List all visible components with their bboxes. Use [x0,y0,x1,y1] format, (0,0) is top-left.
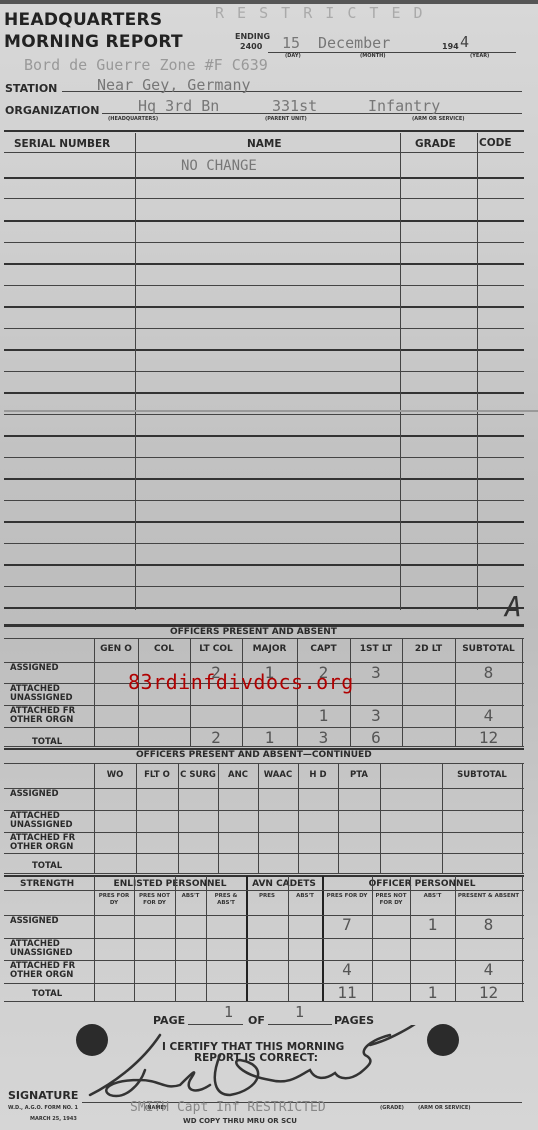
organization-parent: 331st [272,97,317,115]
fold-line [4,410,538,412]
title-morning-report: MORNING REPORT [4,32,183,52]
roster-rule [4,152,524,153]
restricted-stamp: R E S T R I C T E D [215,4,425,22]
strength-cell: 8 [455,915,522,934]
roster-rule [4,607,524,609]
roster-top-line [4,130,524,132]
roster-entry: NO CHANGE [181,158,257,174]
grid-row [4,810,524,811]
grid-row [4,960,524,961]
officers2-col-header: C SURG [178,770,218,780]
officers2-col-header: FLT O [136,770,178,780]
officers2-row-label: TOTAL [10,862,112,871]
officers-row-label: ATTACHED FR OTHER ORGN [10,707,90,725]
officers-cell: 3 [350,663,402,682]
grid-row [4,638,524,639]
officers-cell: 3 [297,728,350,747]
strength-subcol-header: PRES NOT FOR DY [372,893,410,907]
location-line: Bord de Guerre Zone #F C639 [24,56,268,74]
officers-cell: 4 [455,706,522,725]
strength-cell: 4 [322,960,372,979]
officers-continued-title: OFFICERS PRESENT AND ABSENT—CONTINUED [136,750,372,760]
col-grade: GRADE [415,138,456,150]
morning-report-document: HEADQUARTERS MORNING REPORT R E S T R I … [0,0,538,1130]
strength-subcol-header: PRES [246,893,288,900]
officers-col-header: 2D LT [402,644,455,654]
roster-col-divider [135,475,136,610]
ending-label: ENDING [235,32,270,41]
grid-row [4,832,524,833]
roster-rule [4,242,524,243]
grid-col [94,638,95,746]
strength-label: STRENGTH [20,879,74,889]
strength-subcol-header: PRESENT & ABSENT [455,893,522,900]
roster-col-divider [477,475,478,610]
date-day: 15 [282,34,300,52]
roster-col-divider [135,133,136,475]
caption-parent-unit: (PARENT UNIT) [265,116,307,122]
roster-rule [4,521,524,523]
strength-subcol-header: PRES FOR DY [322,893,372,900]
roster-rule [4,263,524,265]
officers-col-header: SUBTOTAL [455,644,522,654]
year-caption: (YEAR) [470,53,489,59]
roster-rule [4,306,524,308]
title-headquarters: HEADQUARTERS [4,10,162,30]
watermark: 83rdinfdivdocs.org [128,670,354,694]
date-year-suffix: 4 [460,33,469,51]
roster-rule [4,285,524,286]
officers2-row-label: ATTACHED UNASSIGNED [10,812,90,830]
strength-cell: 1 [410,983,455,1002]
officers-col-header: MAJOR [242,644,297,654]
caption-name: (NAME) [145,1105,166,1111]
strength-cell: 12 [455,983,522,1002]
col-code: CODE [479,137,512,149]
date-year-prefix: 194 [442,42,459,51]
roster-rule [4,435,524,437]
caption-grade: (GRADE) [380,1105,404,1111]
strength-group-header: OFFICER PERSONNEL [322,879,522,889]
roster-col-divider [477,133,478,475]
end-mark: A [505,590,522,623]
strength-subcol-header: ABS'T [175,893,206,900]
officers2-col-header: WAAC [258,770,298,780]
officers-cell: 12 [455,728,522,747]
officers2-col-header: SUBTOTAL [442,770,522,780]
roster-rule [4,414,524,415]
signature-scrawl [70,1025,430,1105]
strength-row-label: ATTACHED UNASSIGNED [10,940,90,958]
col-serial-number: SERIAL NUMBER [14,138,110,150]
officers-cell: 8 [455,663,522,682]
roster-col-divider [400,475,401,610]
col-name: NAME [247,138,282,150]
roster-rule [4,500,524,501]
caption-headquarters: (HEADQUARTERS) [108,116,158,122]
officers-row-label: ATTACHED UNASSIGNED [10,685,90,703]
signature-label: SIGNATURE [8,1089,78,1102]
strength-subcol-header: PRES NOT FOR DY [134,893,175,907]
grid-row [4,853,524,854]
grid-row [4,763,524,764]
officers2-row-label: ATTACHED FR OTHER ORGN [10,834,90,852]
grid-row [4,938,524,939]
strength-subcol-header: PRES FOR DY [94,893,134,907]
caption-arm: (ARM OR SERVICE) [412,116,465,122]
roster-rule [4,177,524,179]
officers2-row-label: ASSIGNED [10,790,90,799]
grid-row [4,873,524,874]
officers-row-label: ASSIGNED [10,664,90,673]
officers-col-header: GEN O [94,644,138,654]
officers-cell: 1 [297,706,350,725]
grid-col [380,763,381,873]
roster-rule [4,220,524,222]
officers2-col-header: PTA [338,770,380,780]
officers-col-header: COL [138,644,190,654]
strength-row-label: ATTACHED FR OTHER ORGN [10,962,90,980]
roster-rule [4,543,524,544]
roster-rule [4,328,524,329]
officers-row-label: TOTAL [10,738,112,747]
strength-subcol-header: PRES & ABS'T [206,893,246,907]
officers-cell: 3 [350,706,402,725]
organization-arm: Infantry [368,97,440,115]
roster-rule [4,198,524,199]
officers2-col-header: WO [94,770,136,780]
station-value: Near Gey, Germany [97,76,251,94]
organization-hq: Hq 3rd Bn [138,97,219,115]
page-number: 1 [224,1003,233,1021]
ending-time: 2400 [240,42,262,51]
officers-col-header: LT COL [190,644,242,654]
month-caption: (MONTH) [360,53,386,59]
roster-rule [4,564,524,566]
strength-cell: 7 [322,915,372,934]
copy-note: WD COPY THRU MRU OR SCU [183,1117,297,1125]
officers-cell: 2 [190,728,242,747]
strength-group-header: ENLISTED PERSONNEL [94,879,246,889]
officers-cell: 6 [350,728,402,747]
grid-row [4,890,524,891]
strength-subcol-header: ABS'T [288,893,322,900]
roster-rule [4,478,524,480]
roster-rule [4,586,524,587]
roster-col-divider [400,133,401,475]
grid-col [522,638,523,746]
grid-col [402,638,403,746]
officers2-col-header: ANC [218,770,258,780]
roster-rule [4,392,524,394]
officers-col-header: 1ST LT [350,644,402,654]
page-total: 1 [295,1003,304,1021]
form-id: W.D., A.G.O. FORM NO. 1 [8,1105,78,1111]
officers-title: OFFICERS PRESENT AND ABSENT [170,627,337,637]
strength-row-label: TOTAL [10,990,112,999]
officers-col-header: CAPT [297,644,350,654]
officers2-col-header: H D [298,770,338,780]
roster-rule [4,371,524,372]
organization-label: ORGANIZATION [5,104,99,117]
strength-group-header: AVN CADETS [248,879,320,889]
date-month: December [318,34,390,52]
strength-subcol-header: ABS'T [410,893,455,900]
officers-cell: 1 [242,728,297,747]
roster-rule [4,457,524,458]
caption-arm-service: (ARM OR SERVICE) [418,1105,471,1111]
station-label: STATION [5,82,57,95]
strength-cell: 11 [322,983,372,1002]
day-caption: (DAY) [285,53,301,59]
grid-row [4,788,524,789]
strength-row-label: ASSIGNED [10,917,90,926]
form-date: MARCH 25, 1943 [30,1116,77,1122]
binder-hole-right [427,1024,459,1056]
roster-rule [4,349,524,351]
strength-top-line [4,875,524,877]
strength-cell: 4 [455,960,522,979]
strength-cell: 1 [410,915,455,934]
grid-col [522,763,523,873]
grid-row [4,705,524,706]
